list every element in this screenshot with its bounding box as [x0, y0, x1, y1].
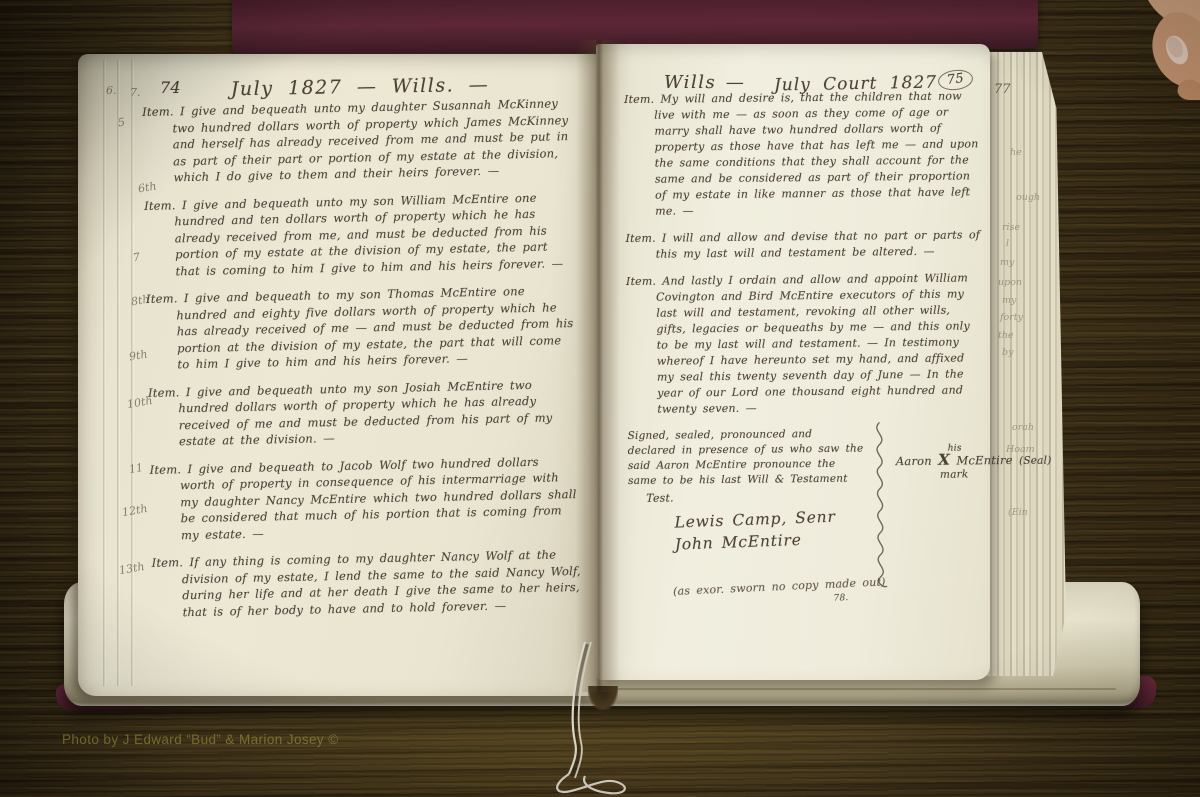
testator-signature: his Aaron X McEntire (Seal) mark	[896, 450, 1056, 470]
margin-item: 12th	[121, 502, 148, 519]
signature-mark-word: mark	[940, 466, 969, 482]
will-paragraph: Item. I will and allow and devise that n…	[625, 227, 983, 263]
will-paragraph: Item. And lastly I ordain and allow and …	[626, 270, 985, 418]
will-paragraph: Item. If any thing is coming to my daugh…	[151, 546, 582, 621]
margin-item: 13th	[118, 560, 145, 577]
will-paragraph: Item. I give and bequeath unto my daught…	[142, 95, 574, 186]
left-page-title: July 1827 — Wills. —	[230, 74, 490, 101]
edge-text-fragment: my	[1002, 295, 1016, 306]
right-page-text: Item. My will and desire is, that the ch…	[624, 88, 987, 609]
hand	[1122, 0, 1200, 100]
will-paragraph: Item. I give and bequeath unto my son Jo…	[148, 375, 579, 450]
watermark: Photo by J Edward “Bud” & Marion Josey ©	[62, 732, 339, 747]
edge-text-fragment: by	[1002, 347, 1013, 358]
margin-item: 7	[132, 250, 141, 264]
left-page: 6. 7. 74 July 1827 — Wills. — 5 6th 7 8t…	[78, 54, 598, 696]
edge-text-fragment: upon	[998, 277, 1022, 288]
page-edge-stack-right: 77 he ough rise l my upon my forty the b…	[986, 52, 1066, 676]
edge-text-fragment: the	[998, 330, 1014, 341]
margin-item: 5	[117, 115, 126, 129]
will-paragraph: Item. I give and bequeath to Jacob Wolf …	[149, 452, 581, 543]
right-page: Wills — July Court 1827 75 Item. My will…	[596, 44, 990, 680]
left-page-number: 74	[160, 78, 181, 97]
signature-his: his	[948, 440, 962, 456]
will-paragraph: Item. I give and bequeath to my son Thom…	[146, 282, 578, 373]
edge-page-number: 77	[994, 82, 1011, 97]
margin-item: 11	[128, 461, 144, 476]
margin-mark: 6.	[106, 84, 117, 97]
signature-first-name: Aaron	[896, 454, 932, 468]
brace-squiggle	[865, 420, 895, 590]
signature-seal: (Seal)	[1019, 455, 1052, 467]
right-page-title-wills: Wills —	[664, 72, 745, 93]
will-paragraph: Item. My will and desire is, that the ch…	[624, 88, 983, 220]
attestation-block: Signed, sealed, pronounced and declared …	[628, 427, 865, 489]
signature-last-name: McEntire	[956, 453, 1012, 468]
attestation-text: Signed, sealed, pronounced and declared …	[628, 427, 865, 489]
edge-text-fragment: orah	[1012, 422, 1034, 433]
edge-text-fragment: (Ein	[1008, 507, 1028, 518]
edge-text-fragment: ough	[1016, 192, 1040, 203]
bookmark-string	[535, 638, 685, 797]
clerk-footnote: (as exor. sworn no copy made out) 78.	[673, 570, 988, 614]
edge-text-fragment: rise	[1002, 222, 1020, 233]
edge-text-fragment: l	[1006, 238, 1009, 249]
test-label: Test.	[646, 487, 986, 507]
margin-item: 9th	[128, 347, 148, 363]
margin-mark: 7.	[130, 86, 141, 99]
edge-text-fragment: forty	[1000, 312, 1023, 323]
left-page-text: Item. I give and bequeath unto my daught…	[142, 95, 583, 632]
edge-text-fragment: my	[1000, 257, 1014, 268]
edge-text-fragment: he	[1010, 147, 1022, 158]
will-paragraph: Item. I give and bequeath unto my son Wi…	[144, 188, 576, 279]
